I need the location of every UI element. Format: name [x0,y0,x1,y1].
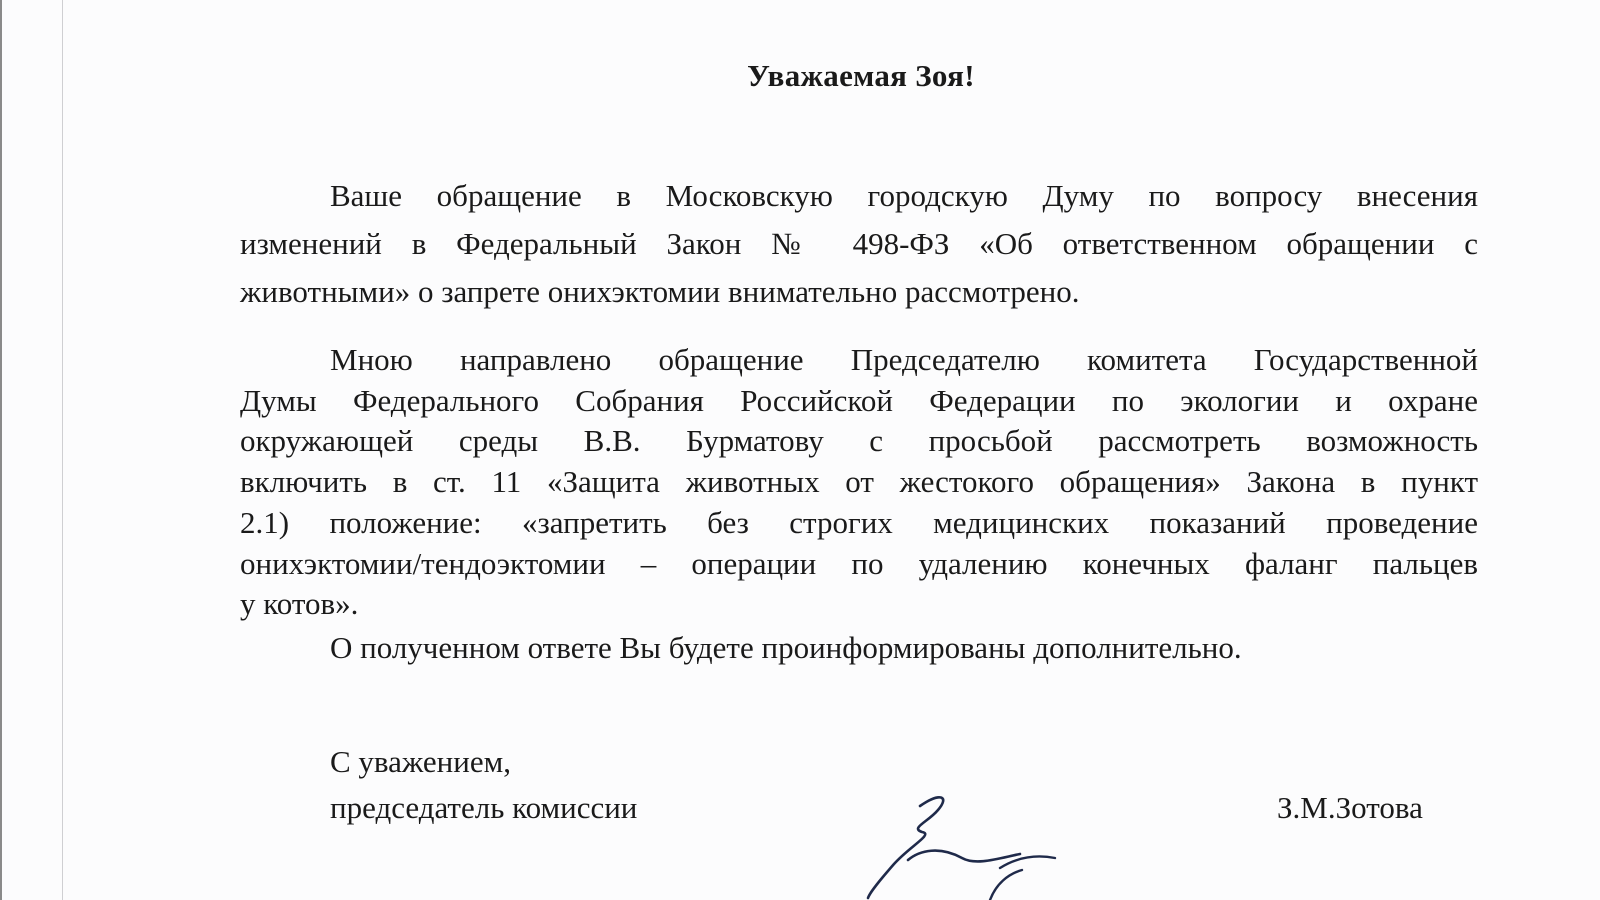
paragraph-appeal-forwarded: Мною направлено обращение Председателю к… [240,340,1478,625]
text-line: Мною направлено обращение Председателю к… [240,340,1478,381]
paragraph-appeal-reviewed: Ваше обращение в Московскую городскую Ду… [240,172,1478,316]
closing-regards: С уважением, [330,744,511,780]
text-line: включить в ст. 11 «Защита животных от же… [240,462,1478,503]
letter-greeting: Уважаемая Зоя! [0,58,1600,94]
page-left-edge [0,0,2,900]
text-line: Ваше обращение в Московскую городскую Ду… [240,172,1478,220]
text-line: животными» о запрете онихэктомии внимате… [240,268,1478,316]
text-line: Думы Федерального Собрания Российской Фе… [240,381,1478,422]
signer-name: З.М.Зотова [1277,790,1423,826]
text-line: О полученном ответе Вы будете проинформи… [240,628,1478,668]
handwritten-signature-icon [850,788,1070,900]
scanned-letter-page: Уважаемая Зоя! Ваше обращение в Московск… [0,0,1600,900]
paragraph-followup: О полученном ответе Вы будете проинформи… [240,628,1478,668]
text-line: 2.1) положение: «запретить без строгих м… [240,503,1478,544]
closing-title: председатель комиссии [330,790,637,826]
text-line: онихэктомии/тендоэктомии – операции по у… [240,544,1478,585]
page-fold-line [62,0,63,900]
text-line: изменений в Федеральный Закон № 498-ФЗ «… [240,220,1478,268]
text-line: у котов». [240,584,1478,625]
text-line: окружающей среды В.В. Бурматову с просьб… [240,421,1478,462]
